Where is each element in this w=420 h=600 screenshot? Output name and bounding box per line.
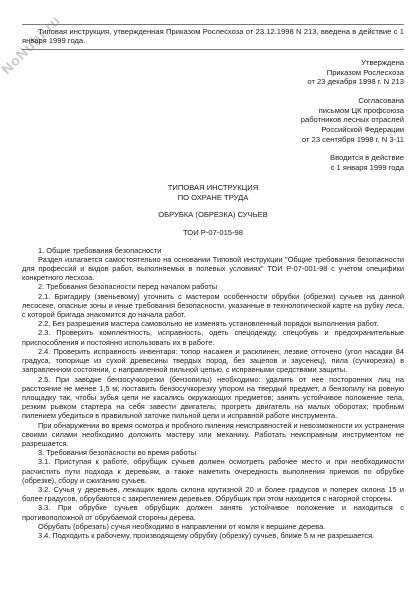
- approval-block-approved: Утверждена Приказом Рослесхоза от 23 дек…: [22, 58, 404, 87]
- document-page: NoNubi.ru Типовая инструкция, утвержденн…: [0, 0, 420, 600]
- paragraph: При обнаружении во время осмотра и пробн…: [22, 421, 404, 449]
- approval-line: от 23 сентября 1998 г. N 3-11: [22, 135, 404, 145]
- approval-line: письмом ЦК профсоюза: [22, 106, 404, 116]
- paragraph: 2.1. Бригадиру (звеньевому) уточнить с м…: [22, 292, 404, 320]
- approval-block-effective: Вводится в действие с 1 января 1999 года: [22, 153, 404, 172]
- section-heading: 2. Требования безопасности перед началом…: [22, 282, 404, 291]
- doc-title: ТИПОВАЯ ИНСТРУКЦИЯ ПО ОХРАНЕ ТРУДА: [22, 183, 404, 202]
- approval-line: Согласована: [22, 96, 404, 106]
- doc-title-line2: ПО ОХРАНЕ ТРУДА: [22, 193, 404, 203]
- paragraph: Обрубать (обрезать) сучья необходимо в н…: [22, 522, 404, 531]
- paragraph: 3.2. Сучья у деревьев, лежащих вдоль скл…: [22, 485, 404, 503]
- paragraph: Раздел излагается самостоятельно на осно…: [22, 255, 404, 283]
- document-body: 1. Общие требования безопасности Раздел …: [22, 246, 404, 541]
- approval-line: от 23 декабря 1998 г. N 213: [22, 77, 404, 87]
- paragraph: 2.4. Проверить исправность инвентаря: то…: [22, 347, 404, 375]
- approval-block-agreed: Согласована письмом ЦК профсоюза работни…: [22, 96, 404, 145]
- paragraph: 2.2. Без разрешения мастера самовольно н…: [22, 319, 404, 328]
- paragraph: 2.3. Проверить комплектность, исправност…: [22, 328, 404, 346]
- approval-line: с 1 января 1999 года: [22, 163, 404, 173]
- header-note-text: Типовая инструкция, утвержденная Приказо…: [22, 27, 404, 46]
- approval-line: работников лесных отраслей: [22, 115, 404, 125]
- section-heading: 1. Общие требования безопасности: [22, 246, 404, 255]
- approval-blocks: Утверждена Приказом Рослесхоза от 23 дек…: [22, 58, 404, 173]
- doc-number: ТОИ Р-07-015-98: [22, 228, 404, 238]
- section-heading: 3. Требования безопасности во время рабо…: [22, 448, 404, 457]
- paragraph: 2.5. При заводке бензосучкорезки (бензоп…: [22, 375, 404, 421]
- document-content: Типовая инструкция, утвержденная Приказо…: [0, 0, 420, 540]
- approval-line: Российской Федерации: [22, 125, 404, 135]
- doc-subtitle: ОБРУБКА (ОБРЕЗКА) СУЧЬЕВ: [22, 210, 404, 220]
- doc-title-line1: ТИПОВАЯ ИНСТРУКЦИЯ: [22, 183, 404, 193]
- header-note: Типовая инструкция, утвержденная Приказо…: [22, 24, 404, 50]
- approval-line: Вводится в действие: [22, 153, 404, 163]
- paragraph: 3.1. Приступая к работе, обрубщик сучьев…: [22, 457, 404, 485]
- paragraph: 3.4. Подходить к рабочему, производящему…: [22, 531, 404, 540]
- approval-line: Утверждена: [22, 58, 404, 68]
- approval-line: Приказом Рослесхоза: [22, 68, 404, 78]
- paragraph: 3.3. При обрубке сучьев обрубщик должен …: [22, 503, 404, 521]
